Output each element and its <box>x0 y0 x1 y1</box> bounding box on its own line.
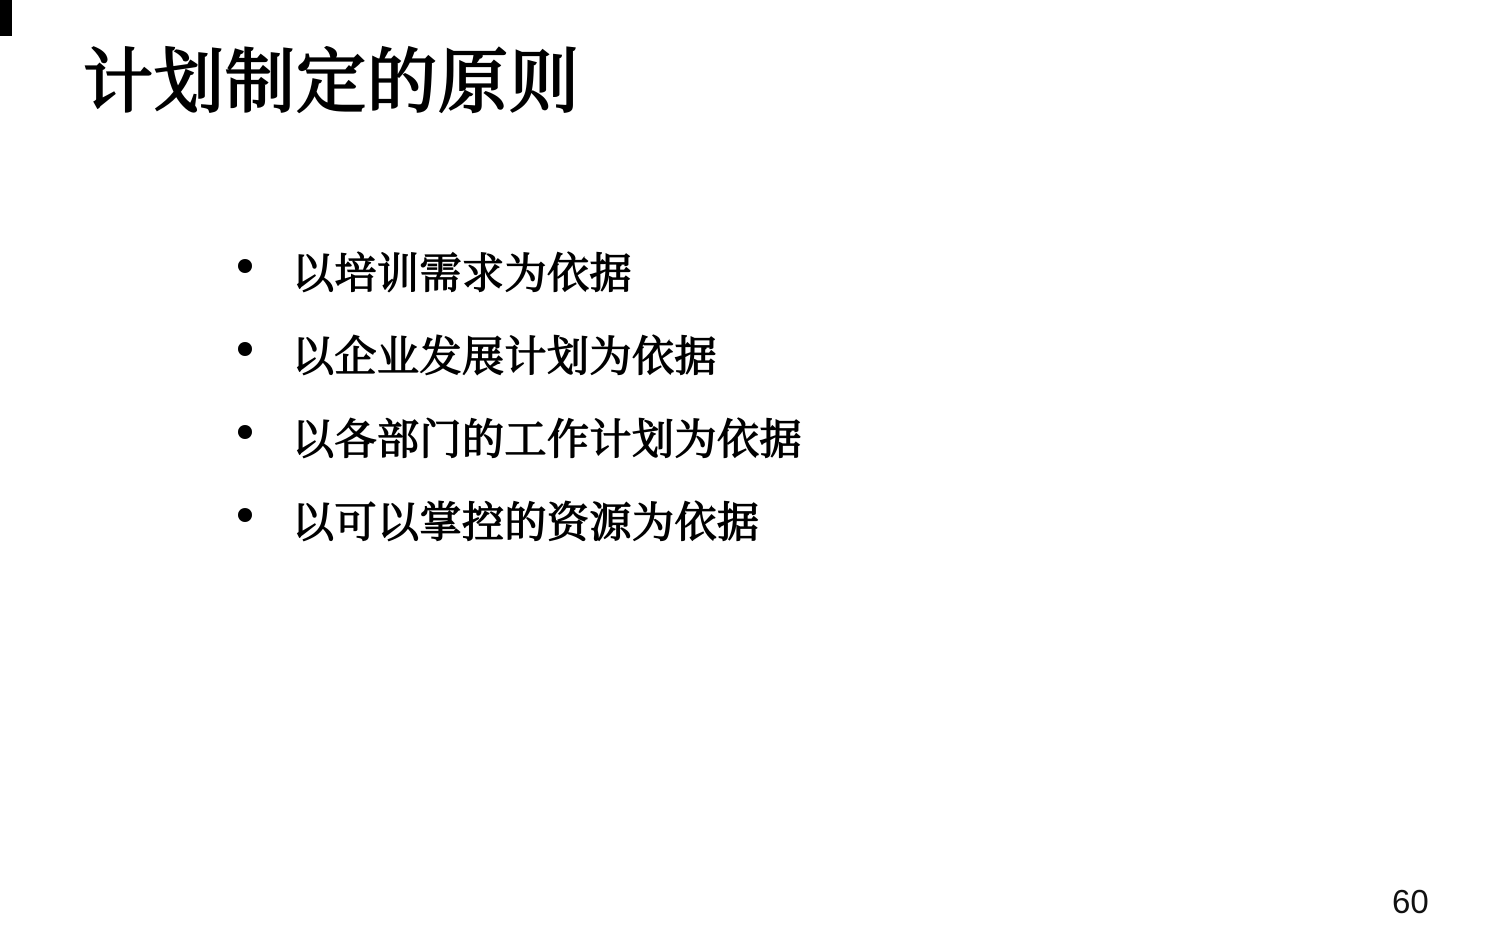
page-number: 60 <box>1392 885 1429 918</box>
bullet-text: 以企业发展计划为依据 <box>292 336 717 378</box>
list-item: 以企业发展计划为依据 <box>238 334 802 380</box>
presentation-slide: 计划制定的原则 以培训需求为依据 以企业发展计划为依据 以各部门的工作计划为依据… <box>0 0 1500 937</box>
bullet-text: 以培训需求为依据 <box>292 253 632 295</box>
list-item: 以培训需求为依据 <box>238 251 802 297</box>
bullet-dot-icon <box>238 508 252 522</box>
list-item: 以可以掌控的资源为依据 <box>238 500 802 546</box>
bullet-dot-icon <box>238 259 252 273</box>
bullet-list: 以培训需求为依据 以企业发展计划为依据 以各部门的工作计划为依据 以可以掌控的资… <box>238 251 802 583</box>
bullet-dot-icon <box>238 425 252 439</box>
list-item: 以各部门的工作计划为依据 <box>238 417 802 463</box>
corner-accent-bar <box>0 0 12 36</box>
bullet-text: 以各部门的工作计划为依据 <box>292 419 802 461</box>
bullet-dot-icon <box>238 342 252 356</box>
bullet-text: 以可以掌控的资源为依据 <box>292 502 760 544</box>
page-title: 计划制定的原则 <box>83 42 580 123</box>
